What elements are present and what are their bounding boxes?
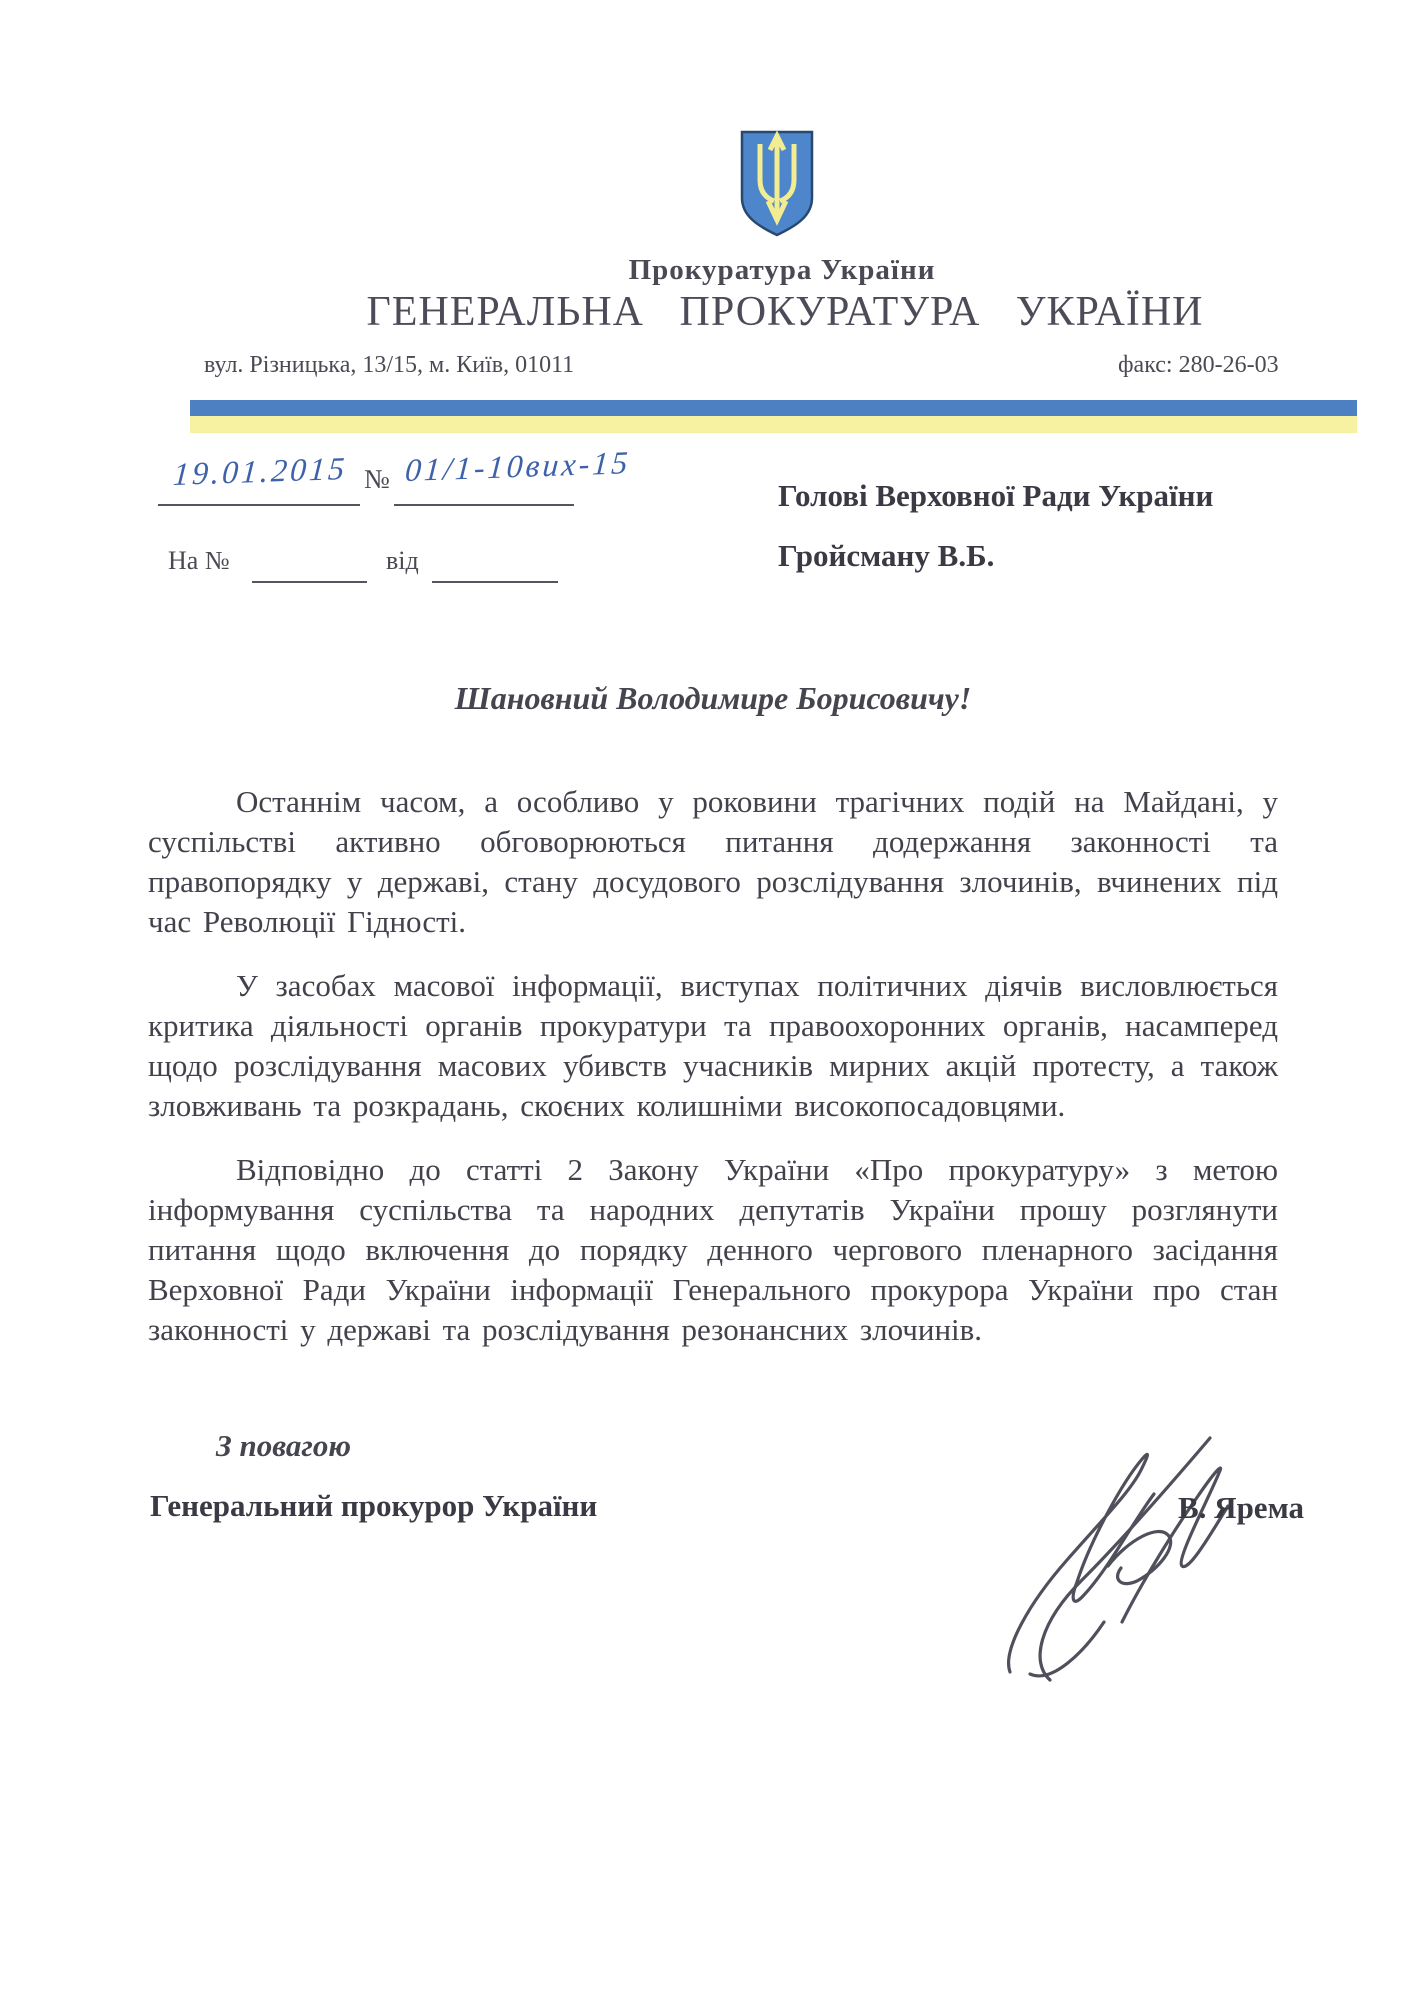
org-fax: факс: 280-26-03 xyxy=(1118,352,1279,379)
ukraine-coat-of-arms-icon xyxy=(735,128,819,240)
from-date-blank-line xyxy=(432,581,558,583)
date-blank-line xyxy=(158,504,360,506)
handwritten-outgoing-number: 01/1-10вих-15 xyxy=(404,444,632,489)
recipient-name: Гройсману В.Б. xyxy=(778,538,1213,574)
number-sign-label: № xyxy=(364,464,390,495)
signer-position: Генеральний прокурор України xyxy=(150,1488,597,1524)
flag-blue-stripe xyxy=(190,400,1357,416)
letter-page: Прокуратура України ГЕНЕРАЛЬНА ПРОКУРАТУ… xyxy=(0,0,1416,2000)
flag-yellow-stripe xyxy=(190,416,1357,433)
paragraph-1: Останнім часом, а особливо у роковини тр… xyxy=(148,782,1278,942)
recipient-block: Голові Верховної Ради України Гройсману … xyxy=(778,478,1213,574)
flag-divider xyxy=(190,400,1357,433)
incoming-number-label: На № xyxy=(168,546,230,576)
closing-respect: З повагою xyxy=(216,1428,351,1464)
paragraph-2: У засобах масової інформації, виступах п… xyxy=(148,966,1278,1126)
handwritten-date: 19.01.2015 xyxy=(172,450,348,493)
signature-autograph-icon xyxy=(972,1410,1272,1700)
org-name-small: Прокуратура України xyxy=(482,254,1082,287)
salutation: Шановний Володимире Борисовичу! xyxy=(148,680,1278,717)
from-date-label: від xyxy=(386,546,419,576)
org-address: вул. Різницька, 13/15, м. Київ, 01011 xyxy=(204,352,574,379)
org-name-main: ГЕНЕРАЛЬНА ПРОКУРАТУРА УКРАЇНИ xyxy=(285,288,1285,336)
incoming-number-blank-line xyxy=(252,581,367,583)
recipient-title: Голові Верховної Ради України xyxy=(778,478,1213,514)
number-blank-line xyxy=(394,504,574,506)
signer-name: В. Ярема xyxy=(1178,1490,1304,1526)
letter-body: Останнім часом, а особливо у роковини тр… xyxy=(148,782,1278,1374)
paragraph-3: Відповідно до статті 2 Закону України «П… xyxy=(148,1150,1278,1350)
